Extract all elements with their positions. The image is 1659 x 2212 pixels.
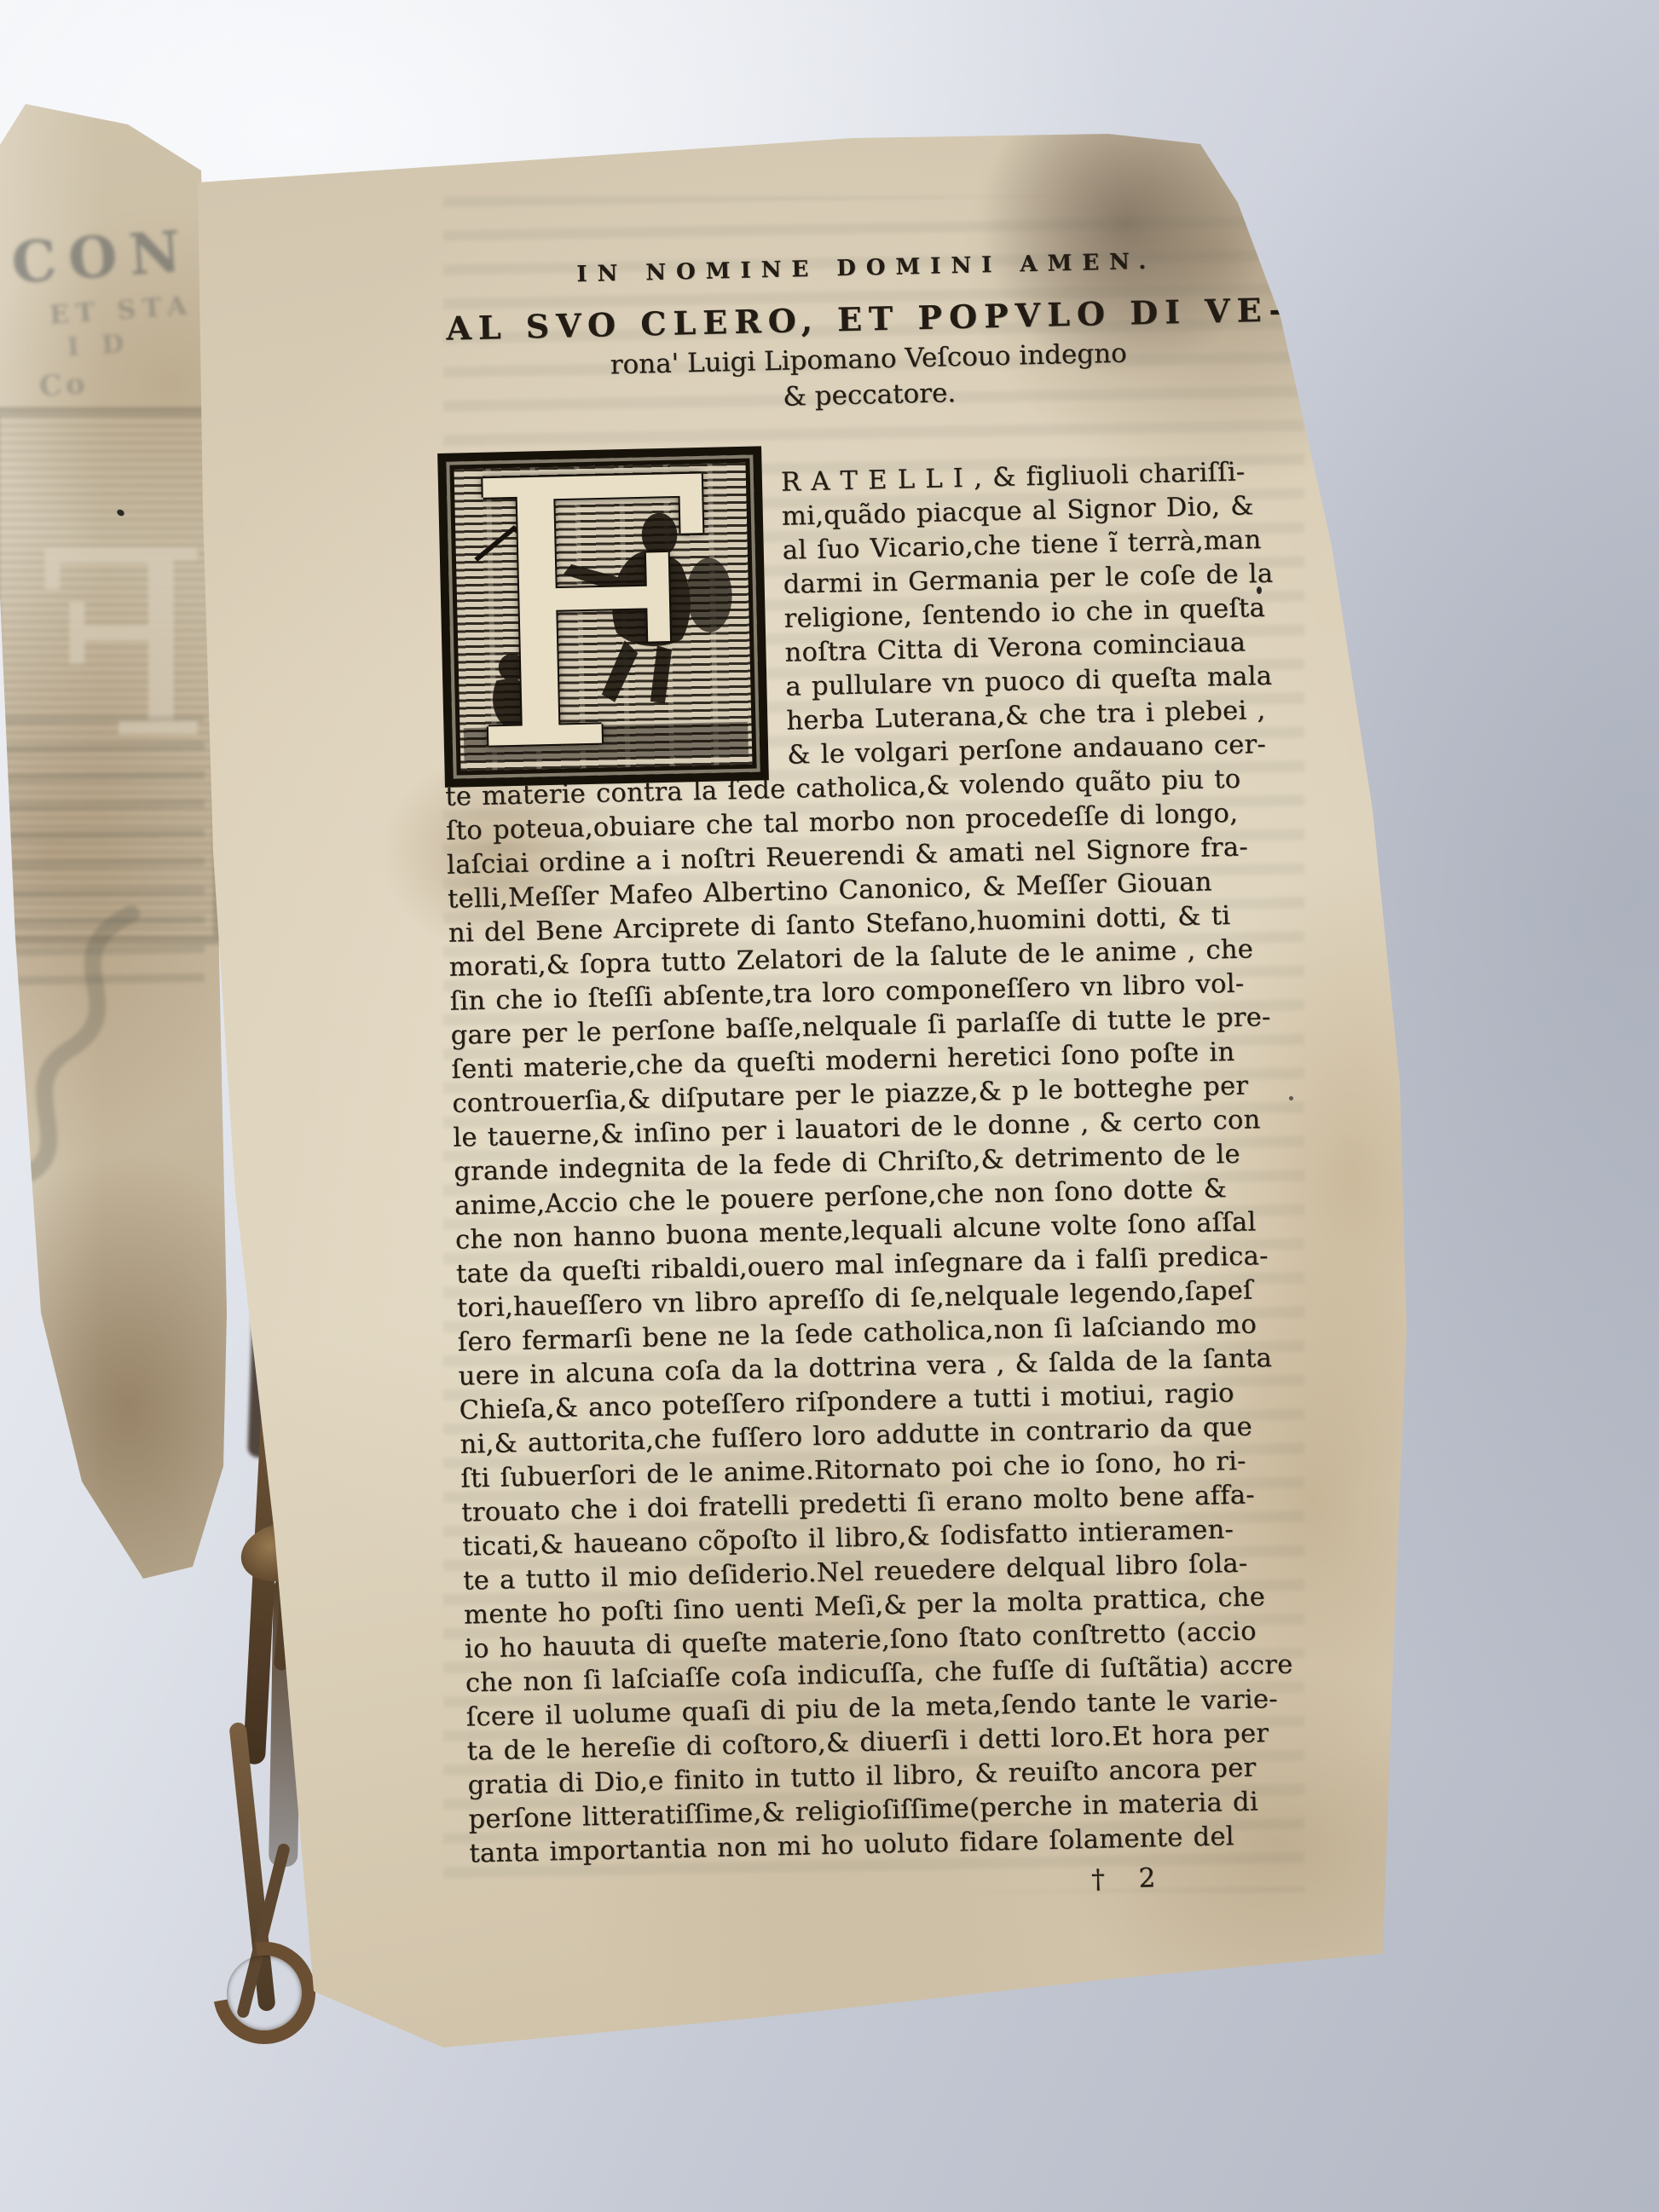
ghost-text-fragment: CON bbox=[9, 217, 201, 297]
binding-cord bbox=[236, 1842, 291, 2019]
body-paragraph: F R A T E L L I , & figliuoli chariſſi-m… bbox=[438, 454, 1336, 1872]
ghost-showthrough-text: CONET STAI DCo bbox=[9, 217, 209, 406]
ghost-text-lines bbox=[0, 716, 205, 997]
binding-cord bbox=[228, 1722, 275, 2012]
dropcap-letter: F bbox=[462, 448, 724, 788]
photo-of-open-book: CONET STAI DCo F IN NOMINE DOMINI AMEN. … bbox=[0, 0, 1659, 2212]
ghost-text-fragment: Co bbox=[38, 358, 209, 404]
woodcut-initial-illustration: F bbox=[437, 446, 769, 788]
right-page: IN NOMINE DOMINI AMEN. AL SVO CLERO, ET … bbox=[0, 0, 1659, 2212]
ghost-text-fragment: I D bbox=[66, 323, 206, 362]
printed-text-block: IN NOMINE DOMINI AMEN. AL SVO CLERO, ET … bbox=[433, 241, 1337, 1911]
